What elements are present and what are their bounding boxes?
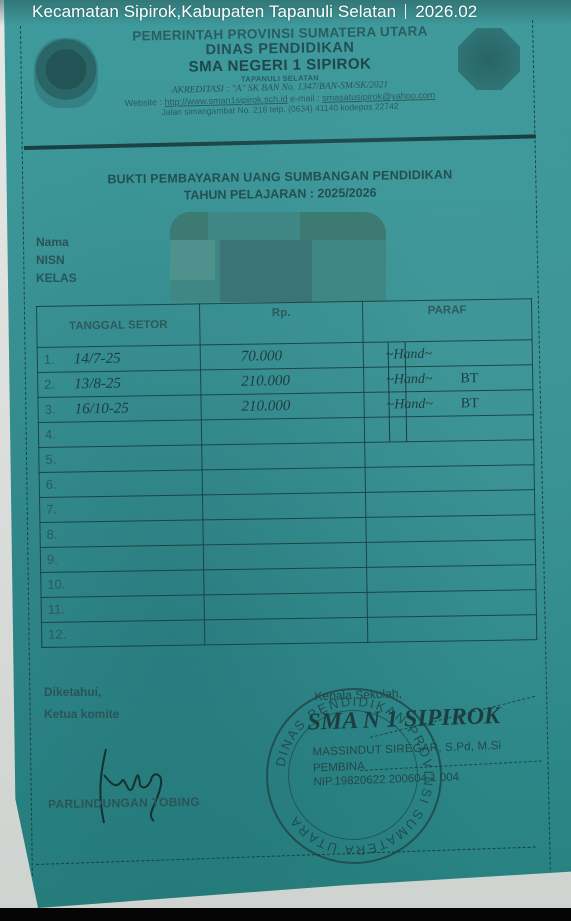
deposit-amount <box>209 473 243 490</box>
letterhead: PEMERINTAH PROVINSI SUMATERA UTARA DINAS… <box>60 22 500 114</box>
row-number: 7. <box>46 501 66 516</box>
date-cell: 6. <box>39 470 202 498</box>
paraf-cell <box>367 590 536 618</box>
deposit-date: 16/10-25 <box>74 400 128 417</box>
date-cell: 1.14/7-25 <box>37 345 200 373</box>
deposit-amount <box>208 448 242 465</box>
amount-cell <box>202 467 365 495</box>
caption-location: Kecamatan Sipirok,Kabupaten Tapanuli Sel… <box>32 2 396 21</box>
deposit-amount <box>210 573 244 590</box>
date-cell: 10. <box>41 570 204 598</box>
amount-cell <box>203 542 366 570</box>
student-info: Nama : NISN : KELAS : <box>36 235 186 289</box>
row-number: 5. <box>45 451 65 466</box>
redaction-block <box>170 212 386 302</box>
paraf-initials: BT <box>461 396 479 411</box>
paraf-cell: ~Hand~BT <box>364 365 533 393</box>
bottom-edge <box>0 908 571 921</box>
paraf-signature: ~Hand~ <box>370 371 432 387</box>
paraf-signature: ~Hand~ <box>370 346 432 362</box>
date-cell: 2.13/8-25 <box>38 370 201 398</box>
row-number: 3. <box>44 401 64 416</box>
row-number: 10. <box>47 576 67 591</box>
paraf-cell <box>366 540 535 568</box>
amount-cell <box>204 592 367 620</box>
date-cell: 4. <box>38 420 201 448</box>
row-number: 12. <box>48 626 68 641</box>
header-date: TANGGAL SETOR <box>37 304 201 348</box>
row-number: 8. <box>46 526 66 541</box>
field-label: Nama <box>36 235 172 253</box>
student-name-row: Nama : <box>36 235 186 253</box>
deposit-date: 13/8-25 <box>74 375 121 392</box>
amount-cell: 210.000 <box>201 367 364 395</box>
amount-cell: 70.000 <box>200 342 363 370</box>
deposit-amount <box>209 523 243 540</box>
deposit-amount: 210.000 <box>207 398 290 415</box>
row-number: 2. <box>44 376 64 391</box>
committee-name: PARLINDUNGAN TOBING <box>48 795 200 812</box>
deposit-amount <box>210 548 244 565</box>
amount-cell: 210.000 <box>201 392 364 420</box>
date-cell: 5. <box>39 445 202 473</box>
photo-caption: Kecamatan Sipirok,Kabupaten Tapanuli Sel… <box>32 2 477 22</box>
paraf-cell <box>367 565 536 593</box>
payments-table: TANGGAL SETOR Rp. PARAF 1.14/7-2570.000~… <box>36 298 538 678</box>
row-number: 4. <box>45 426 65 441</box>
deposit-amount <box>209 498 243 515</box>
document-title: BUKTI PEMBAYARAN UANG SUMBANGAN PENDIDIK… <box>60 167 500 204</box>
paraf-cell <box>365 490 534 518</box>
amount-cell <box>203 517 366 545</box>
field-label: NISN <box>36 253 172 271</box>
paraf-cell: ~Hand~BT <box>364 390 533 418</box>
paraf-cell <box>364 415 533 443</box>
principal-name: MASSINDUT SIREGAR, S.Pd, M.Si <box>312 740 501 759</box>
principal-signature: SMA N 1 SIPIROK <box>307 703 501 737</box>
date-cell: 8. <box>40 520 203 548</box>
date-cell: 12. <box>41 620 204 648</box>
paraf-initials: BT <box>460 371 478 386</box>
date-cell: 9. <box>40 545 203 573</box>
row-number: 11. <box>48 601 68 616</box>
deposit-amount <box>208 423 242 440</box>
paraf-signature: ~Hand~ <box>370 396 432 412</box>
student-class-row: KELAS : <box>36 271 186 289</box>
paraf-cell <box>365 440 534 468</box>
caption-date: 2026.02 <box>415 2 477 21</box>
amount-cell <box>204 617 367 645</box>
principal-block: Kepala Sekolah, SMA N 1 SIPIROK MASSINDU… <box>296 683 502 789</box>
caption-separator <box>405 4 406 19</box>
amount-cell <box>202 442 365 470</box>
field-label: KELAS <box>36 271 172 289</box>
amount-cell <box>202 492 365 520</box>
paraf-cell <box>367 615 536 643</box>
acknowledged-label: Diketahui, <box>44 681 119 703</box>
committee-title: Ketua komite <box>44 703 119 725</box>
amount-cell <box>201 417 364 445</box>
paraf-cell: ~Hand~ <box>363 340 532 368</box>
deposit-amount: 70.000 <box>207 348 282 365</box>
date-cell: 7. <box>40 495 203 523</box>
paraf-cell <box>365 465 534 493</box>
header-paraf: PARAF <box>362 299 532 343</box>
deposit-amount <box>211 623 245 640</box>
committee-block: Diketahui, Ketua komite <box>44 681 119 725</box>
date-cell: 3.16/10-25 <box>38 395 201 423</box>
student-nisn-row: NISN : <box>36 253 186 271</box>
row-number: 9. <box>47 551 67 566</box>
date-cell: 11. <box>41 595 204 623</box>
deposit-amount: 210.000 <box>207 373 290 390</box>
header-amount: Rp. <box>199 301 363 345</box>
deposit-date: 14/7-25 <box>74 350 121 367</box>
deposit-amount <box>211 598 245 615</box>
amount-cell <box>204 567 367 595</box>
paraf-cell <box>366 515 535 543</box>
row-number: 1. <box>44 351 64 366</box>
row-number: 6. <box>46 476 66 491</box>
